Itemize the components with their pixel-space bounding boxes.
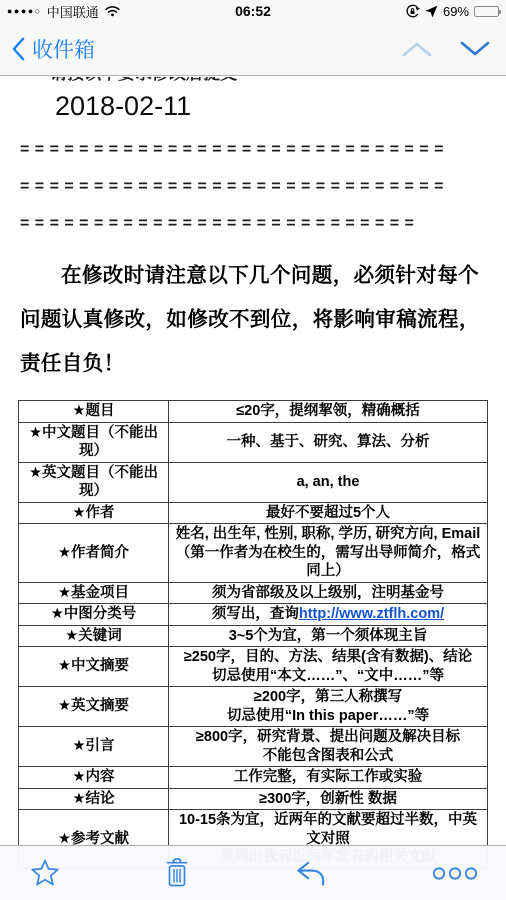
row-content: 须写出，查询http://www.ztflh.com/ [169,604,488,626]
delete-button[interactable] [164,858,190,888]
more-actions-button[interactable] [432,866,478,881]
row-content: ≥800字，研究背景、提出问题及解决目标 不能包含图表和公式 [169,727,488,767]
location-arrow-icon [425,5,438,18]
table-row: ★结论≥300字，创新性 数据 [19,788,488,810]
row-label: ★结论 [19,788,169,810]
row-label: ★中图分类号 [19,604,169,626]
row-label: ★中文摘要 [19,647,169,687]
separator-line: = = = = = = = = = = = = = = = = = = = = … [20,131,506,168]
reply-button[interactable] [294,860,328,887]
chevron-down-icon [460,41,490,57]
table-row: ★英文摘要≥200字，第三人称撰写 切忌使用“In this paper……”等 [19,687,488,727]
message-date: 2018-02-11 [55,91,506,121]
table-row: ★中图分类号须写出，查询http://www.ztflh.com/ [19,604,488,626]
back-chevron-icon [12,37,25,61]
table-row: ★引言≥800字，研究背景、提出问题及解决目标 不能包含图表和公式 [19,727,488,767]
row-label: ★基金项目 [19,582,169,604]
back-label: 收件箱 [32,34,95,64]
flag-button[interactable] [30,858,60,888]
row-content: 3~5个为宜，第一个须体现主旨 [169,625,488,647]
row-content: 姓名, 出生年, 性别, 职称, 学历, 研究方向, Email （第一作者为在… [169,524,488,583]
back-to-inbox-button[interactable]: 收件箱 [12,34,95,64]
table-row: ★中文题目（不能出现）一种、基于、研究、算法、分析 [19,422,488,462]
separator-line: = = = = = = = = = = = = = = = = = = = = … [20,205,506,242]
row-label: ★关键词 [19,625,169,647]
row-label: ★内容 [19,767,169,789]
requirements-table: ★题目≤20字，提纲挈领，精确概括★中文题目（不能出现）一种、基于、研究、算法、… [18,400,488,869]
table-row: ★作者简介姓名, 出生年, 性别, 职称, 学历, 研究方向, Email （第… [19,524,488,583]
requirements-table-body: ★题目≤20字，提纲挈领，精确概括★中文题目（不能出现）一种、基于、研究、算法、… [19,401,488,869]
wifi-icon [104,5,121,17]
table-row: ★基金项目须为省部级及以上级别，注明基金号 [19,582,488,604]
row-label: ★作者 [19,502,169,524]
row-label: ★引言 [19,727,169,767]
row-content: 须为省部级及以上级别，注明基金号 [169,582,488,604]
row-content: 最好不要超过5个人 [169,502,488,524]
clipped-text-line: 请按以下要求修改后提交 [0,77,506,85]
row-content: ≥250字，目的、方法、结果(含有数据)、结论 切忌使用“本文……”、“文中……… [169,647,488,687]
more-icon [432,866,478,881]
mail-toolbar [0,845,506,900]
table-row: ★英文题目（不能出现）a, an, the [19,462,488,502]
ztflh-link[interactable]: http://www.ztflh.com/ [299,606,444,622]
signal-strength-icon: ●●●●○ [7,6,42,16]
previous-message-button[interactable] [402,41,432,57]
table-row: ★中文摘要≥250字，目的、方法、结果(含有数据)、结论 切忌使用“本文……”、… [19,647,488,687]
battery-icon [474,6,499,17]
table-row: ★内容工作完整，有实际工作或实验 [19,767,488,789]
separator-line: = = = = = = = = = = = = = = = = = = = = … [20,168,506,205]
status-bar: ●●●●○ 中国联通 06:52 69% [0,0,506,22]
row-content: 一种、基于、研究、算法、分析 [169,422,488,462]
reply-icon [294,860,328,887]
table-row: ★题目≤20字，提纲挈领，精确概括 [19,401,488,423]
chevron-up-icon [402,41,432,57]
orientation-lock-icon [405,4,420,19]
row-label: ★作者简介 [19,524,169,583]
row-content: ≤20字，提纲挈领，精确概括 [169,401,488,423]
trash-icon [164,858,190,888]
next-message-button[interactable] [460,41,490,57]
row-label: ★英文摘要 [19,687,169,727]
row-content: a, an, the [169,462,488,502]
flag-star-icon [30,858,60,888]
row-label: ★题目 [19,401,169,423]
row-label: ★英文题目（不能出现） [19,462,169,502]
row-content: ≥300字，创新性 数据 [169,788,488,810]
carrier-label: 中国联通 [47,2,99,21]
row-content-text: 须写出，查询 [212,606,299,622]
mail-nav-bar: 收件箱 [0,22,506,76]
separator-lines: = = = = = = = = = = = = = = = = = = = = … [20,131,506,242]
table-row: ★关键词3~5个为宜，第一个须体现主旨 [19,625,488,647]
table-row: ★作者最好不要超过5个人 [19,502,488,524]
row-label: ★中文题目（不能出现） [19,422,169,462]
message-body: 请按以下要求修改后提交 2018-02-11 = = = = = = = = =… [0,77,506,900]
row-content: ≥200字，第三人称撰写 切忌使用“In this paper……”等 [169,687,488,727]
row-content: 工作完整，有实际工作或实验 [169,767,488,789]
battery-percent-label: 69% [443,4,469,19]
revision-notice-paragraph: 在修改时请注意以下几个问题，必须针对每个问题认真修改，如修改不到位，将影响审稿流… [20,254,486,386]
